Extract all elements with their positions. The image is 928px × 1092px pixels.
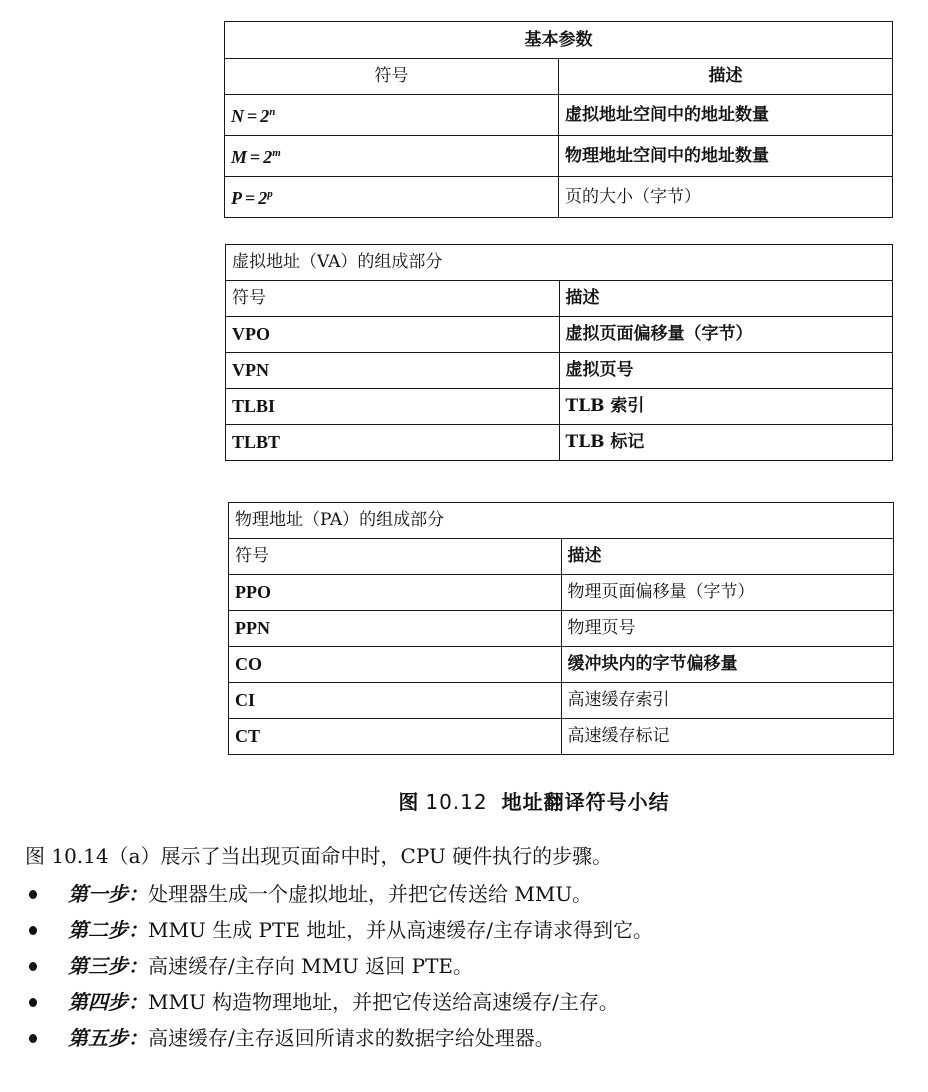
caption-number: 10.12 bbox=[425, 790, 487, 814]
basic-parameters-table: 基本参数 符号 描述 N=2n 虚拟地址空间中的地址数量 M=2m 物理地址空间… bbox=[224, 21, 893, 218]
table-row: CT 高速缓存标记 bbox=[229, 719, 894, 755]
caption-text: 地址翻译符号小结 bbox=[502, 790, 670, 814]
bullet-icon bbox=[29, 1034, 37, 1043]
table-row: N=2n 虚拟地址空间中的地址数量 bbox=[225, 95, 893, 136]
table-row: PPN 物理页号 bbox=[229, 611, 894, 647]
table-row: P=2p 页的大小（字节） bbox=[225, 177, 893, 218]
table-row: CI 高速缓存索引 bbox=[229, 683, 894, 719]
description-cell: 虚拟地址空间中的地址数量 bbox=[559, 95, 893, 136]
step-label: 第二步： bbox=[68, 918, 148, 942]
table-row: TLBI TLB 索引 bbox=[226, 389, 893, 425]
table-row: VPN 虚拟页号 bbox=[226, 353, 893, 389]
description-cell: 缓冲块内的字节偏移量 bbox=[561, 647, 894, 683]
description-cell: 虚拟页号 bbox=[559, 353, 893, 389]
table-row: M=2m 物理地址空间中的地址数量 bbox=[225, 136, 893, 177]
symbol-cell: PPN bbox=[229, 611, 562, 647]
symbol-cell: VPO bbox=[226, 317, 560, 353]
table-title: 物理地址（PA）的组成部分 bbox=[229, 503, 894, 539]
table-header-row: 符号 描述 bbox=[226, 281, 893, 317]
symbol-cell: VPN bbox=[226, 353, 560, 389]
column-header-description: 描述 bbox=[559, 281, 893, 317]
step-label: 第五步： bbox=[68, 1026, 148, 1050]
list-item: 第五步：高速缓存/主存返回所请求的数据字给处理器。 bbox=[0, 1020, 653, 1056]
column-header-symbol: 符号 bbox=[225, 59, 559, 95]
description-cell: TLB 标记 bbox=[559, 425, 893, 461]
step-label: 第四步： bbox=[68, 990, 148, 1014]
table-title: 虚拟地址（VA）的组成部分 bbox=[226, 245, 893, 281]
step-label: 第三步： bbox=[68, 954, 148, 978]
symbol-cell: CO bbox=[229, 647, 562, 683]
symbol-cell: PPO bbox=[229, 575, 562, 611]
table-header-row: 符号 描述 bbox=[225, 59, 893, 95]
bullet-icon bbox=[29, 962, 37, 971]
step-text: 高速缓存/主存向 MMU 返回 PTE。 bbox=[148, 954, 473, 978]
description-cell: 物理页号 bbox=[561, 611, 894, 647]
table-title-row: 基本参数 bbox=[225, 22, 893, 59]
step-text: 处理器生成一个虚拟地址，并把它传送给 MMU。 bbox=[148, 882, 592, 906]
table-title: 基本参数 bbox=[225, 22, 893, 59]
table-header-row: 符号 描述 bbox=[229, 539, 894, 575]
step-text: MMU 生成 PTE 地址，并从高速缓存/主存请求得到它。 bbox=[148, 918, 653, 942]
list-item: 第三步：高速缓存/主存向 MMU 返回 PTE。 bbox=[0, 948, 653, 984]
step-label: 第一步： bbox=[68, 882, 148, 906]
step-list: 第一步：处理器生成一个虚拟地址，并把它传送给 MMU。 第二步：MMU 生成 P… bbox=[0, 876, 653, 1056]
bullet-icon bbox=[29, 926, 37, 935]
description-cell: 高速缓存索引 bbox=[561, 683, 894, 719]
symbol-cell: N=2n bbox=[225, 95, 559, 136]
caption-prefix: 图 bbox=[398, 790, 419, 814]
symbol-cell: CT bbox=[229, 719, 562, 755]
table-row: CO 缓冲块内的字节偏移量 bbox=[229, 647, 894, 683]
figure-caption: 图10.12地址翻译符号小结 bbox=[0, 786, 928, 815]
table-title-row: 虚拟地址（VA）的组成部分 bbox=[226, 245, 893, 281]
symbol-cell: P=2p bbox=[225, 177, 559, 218]
description-cell: 虚拟页面偏移量（字节） bbox=[559, 317, 893, 353]
bullet-icon bbox=[29, 998, 37, 1007]
table-row: PPO 物理页面偏移量（字节） bbox=[229, 575, 894, 611]
column-header-description: 描述 bbox=[561, 539, 894, 575]
symbol-cell: CI bbox=[229, 683, 562, 719]
column-header-symbol: 符号 bbox=[229, 539, 562, 575]
step-text: 高速缓存/主存返回所请求的数据字给处理器。 bbox=[148, 1026, 555, 1050]
table-title-row: 物理地址（PA）的组成部分 bbox=[229, 503, 894, 539]
step-text: MMU 构造物理地址，并把它传送给高速缓存/主存。 bbox=[148, 990, 619, 1014]
description-cell: 高速缓存标记 bbox=[561, 719, 894, 755]
column-header-description: 描述 bbox=[559, 59, 893, 95]
table-row: VPO 虚拟页面偏移量（字节） bbox=[226, 317, 893, 353]
description-cell: 物理地址空间中的地址数量 bbox=[559, 136, 893, 177]
symbol-cell: TLBI bbox=[226, 389, 560, 425]
table-row: TLBT TLB 标记 bbox=[226, 425, 893, 461]
column-header-symbol: 符号 bbox=[226, 281, 560, 317]
description-cell: 物理页面偏移量（字节） bbox=[561, 575, 894, 611]
symbol-cell: M=2m bbox=[225, 136, 559, 177]
list-item: 第一步：处理器生成一个虚拟地址，并把它传送给 MMU。 bbox=[0, 876, 653, 912]
symbol-cell: TLBT bbox=[226, 425, 560, 461]
body-paragraph: 图 10.14（a）展示了当出现页面命中时，CPU 硬件执行的步骤。 bbox=[25, 840, 612, 869]
list-item: 第四步：MMU 构造物理地址，并把它传送给高速缓存/主存。 bbox=[0, 984, 653, 1020]
list-item: 第二步：MMU 生成 PTE 地址，并从高速缓存/主存请求得到它。 bbox=[0, 912, 653, 948]
virtual-address-table: 虚拟地址（VA）的组成部分 符号 描述 VPO 虚拟页面偏移量（字节） VPN … bbox=[225, 244, 893, 461]
bullet-icon bbox=[29, 890, 37, 899]
description-cell: 页的大小（字节） bbox=[559, 177, 893, 218]
physical-address-table: 物理地址（PA）的组成部分 符号 描述 PPO 物理页面偏移量（字节） PPN … bbox=[228, 502, 894, 755]
description-cell: TLB 索引 bbox=[559, 389, 893, 425]
